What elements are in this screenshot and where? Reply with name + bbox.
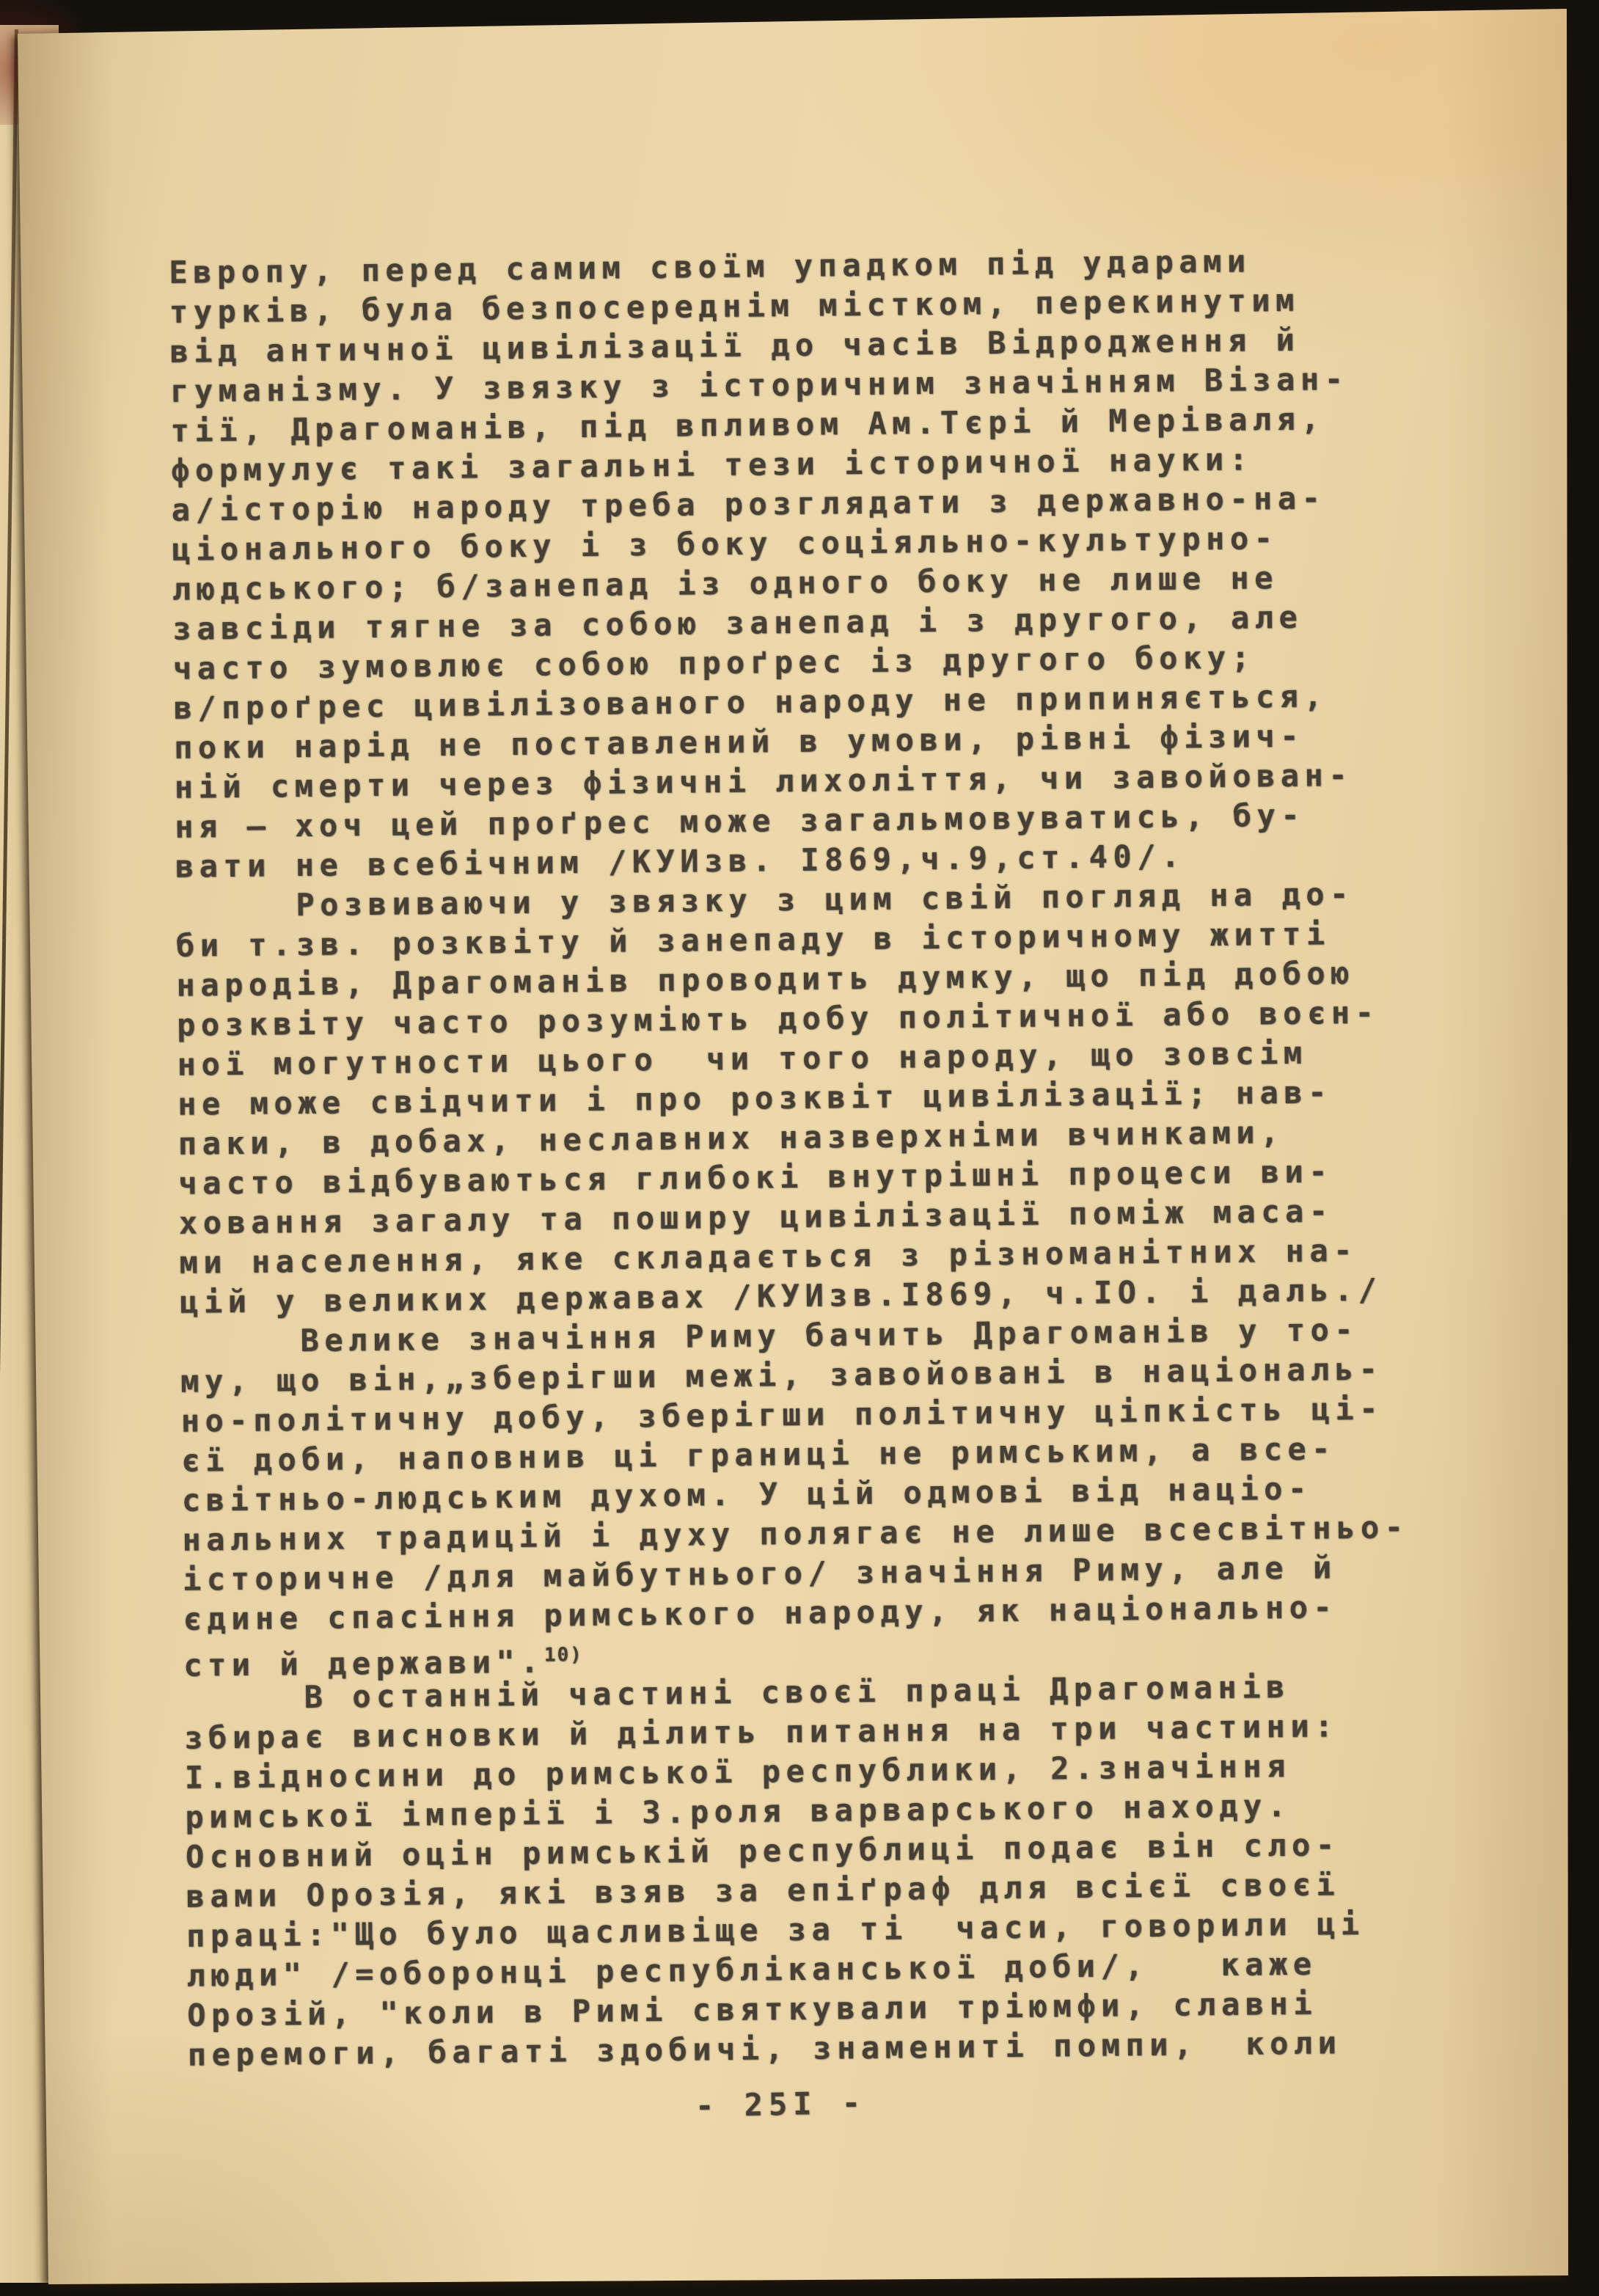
page-number: - 25І - — [695, 2085, 867, 2124]
scan-background: Европу, перед самим своїм упадком під уд… — [0, 0, 1599, 2296]
book-page: Европу, перед самим своїм упадком під уд… — [0, 0, 1599, 2296]
footnote-marker: 10) — [544, 1644, 583, 1667]
typewritten-text-block: Европу, перед самим своїм упадком під уд… — [169, 240, 1414, 2074]
book-page-wrapper: Европу, перед самим своїм упадком під уд… — [0, 0, 1599, 2296]
